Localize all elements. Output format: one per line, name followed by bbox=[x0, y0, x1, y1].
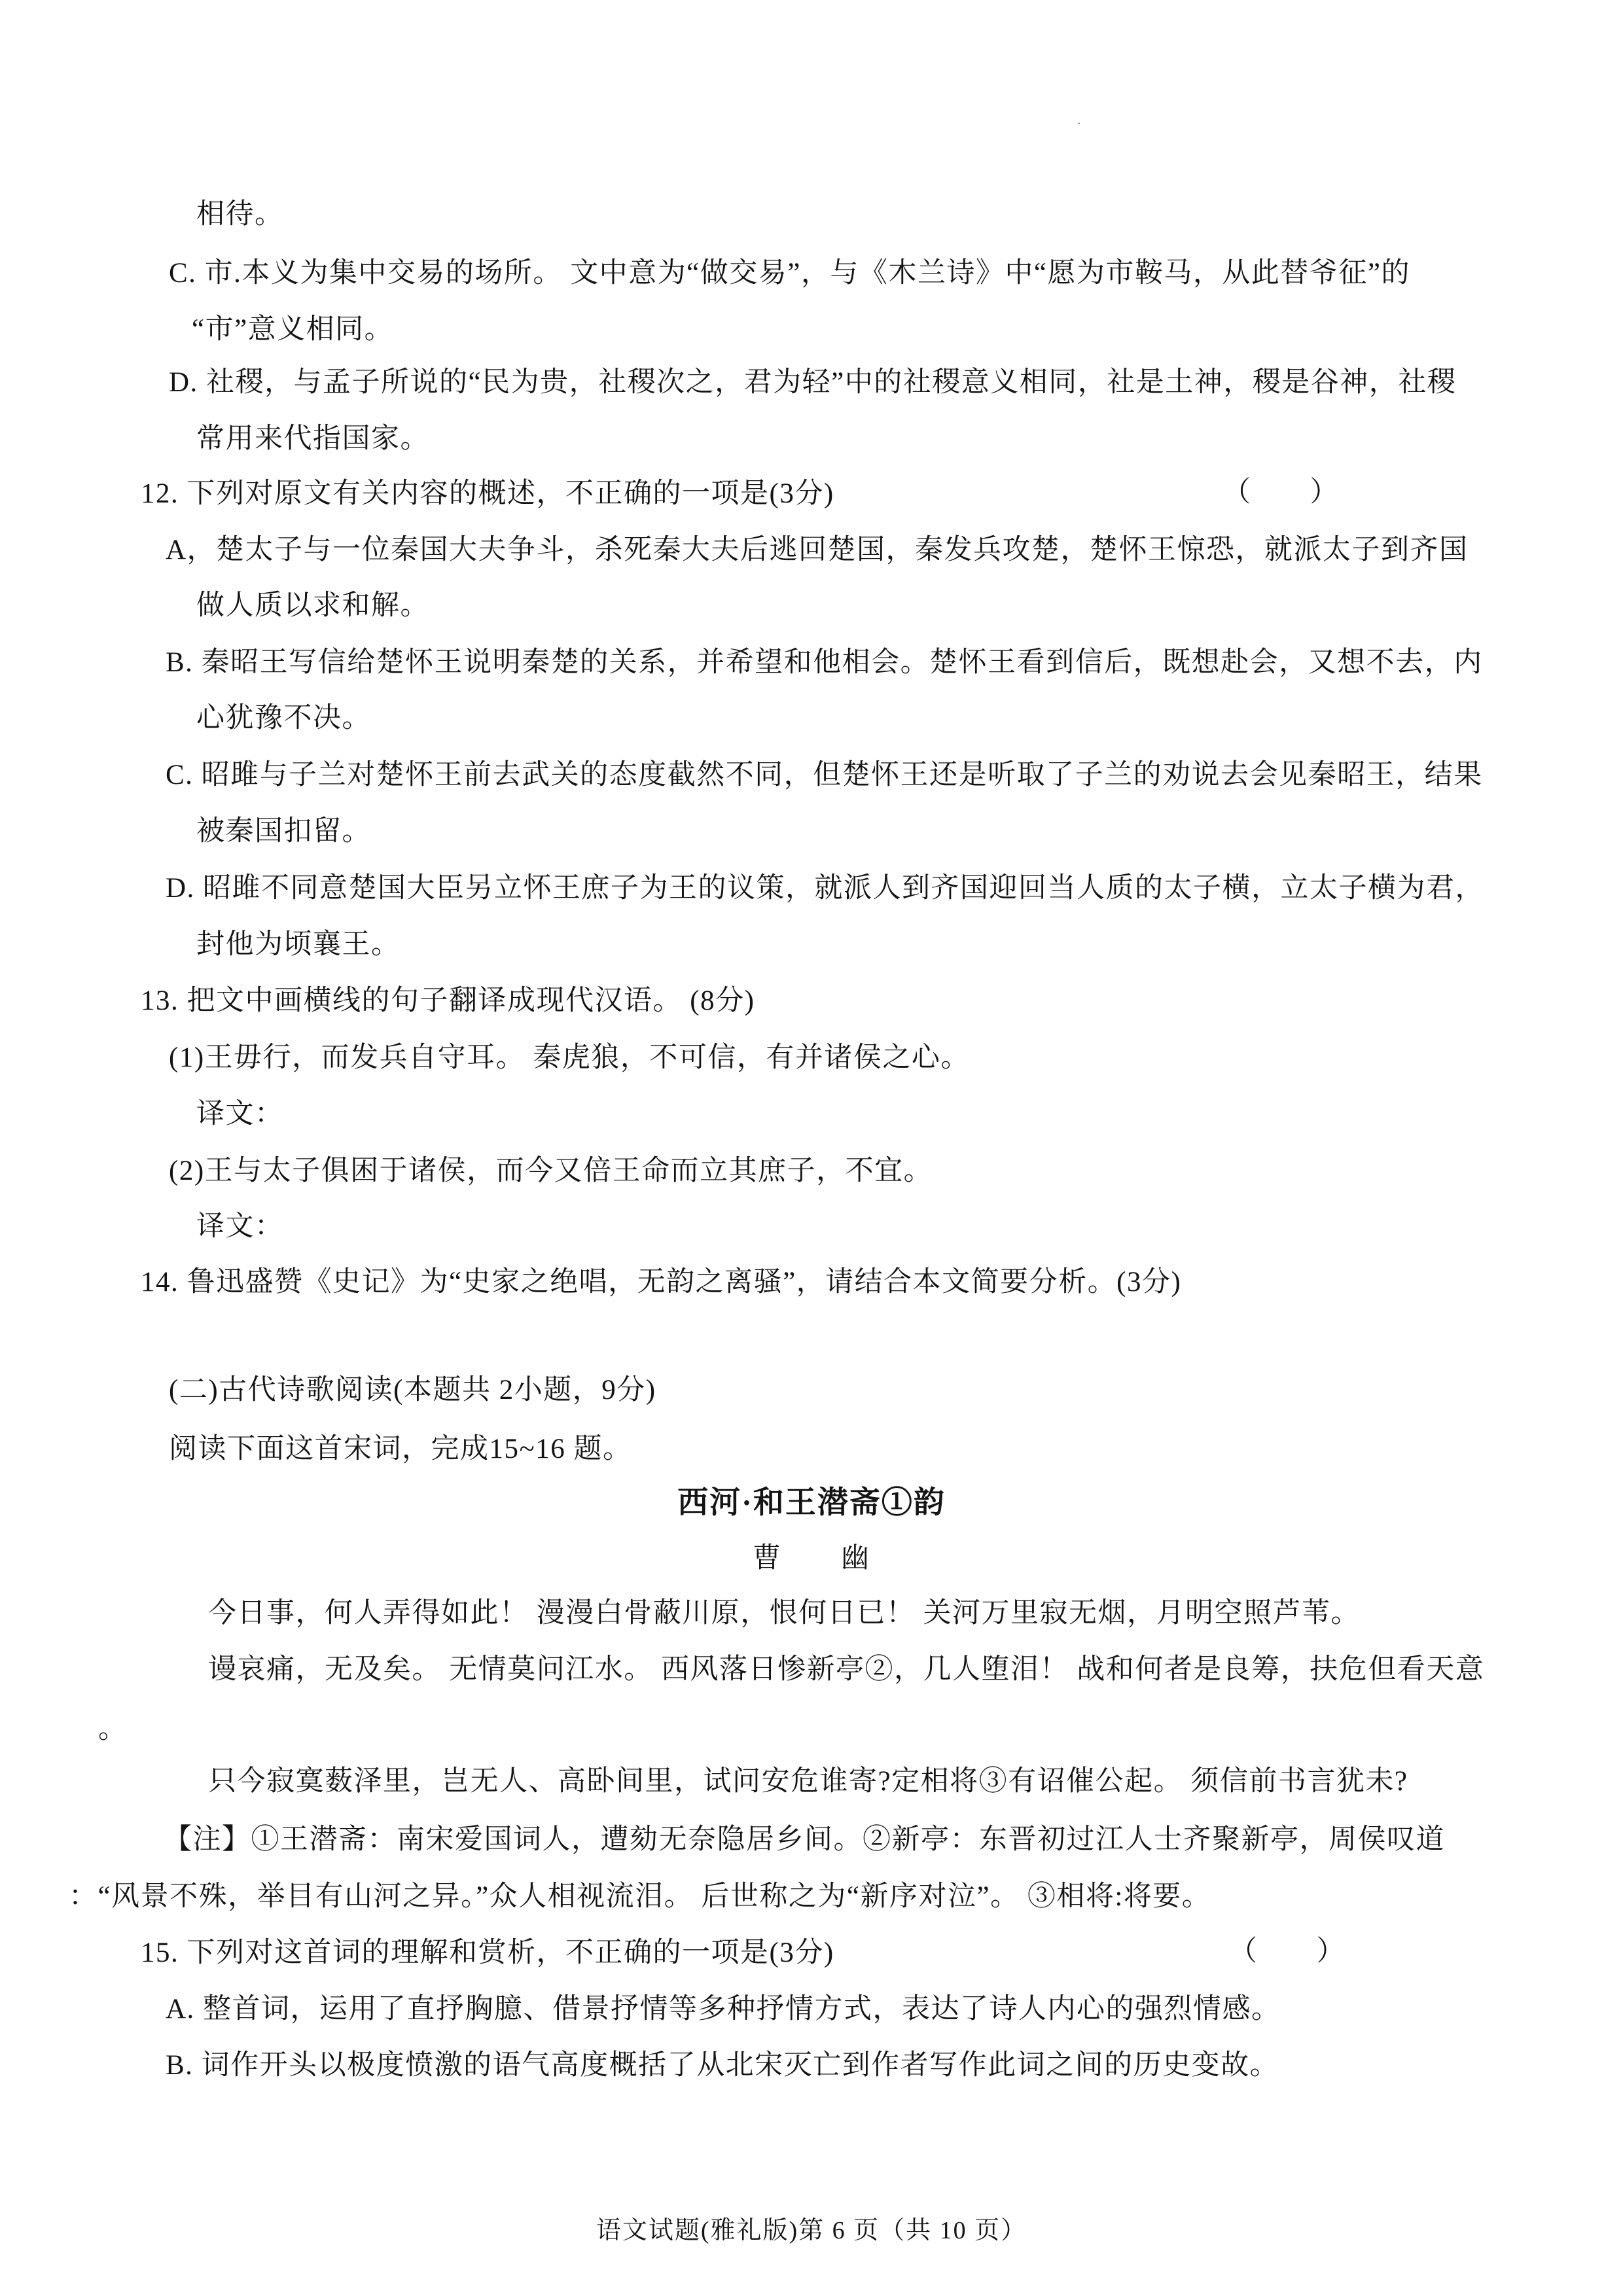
poem-note-line1: 【注】①王潜斋：南宋爱国词人，遭劾无奈隐居乡间。②新亭：东晋初过江人士齐聚新亭，… bbox=[164, 1824, 1445, 1856]
poem-author: 曹 幽 bbox=[0, 1542, 1623, 1574]
poem-stanza-line2: 谩哀痛，无及矣。 无情莫问江水。 西风落日惨新亭②，几人堕泪！ 战和何者是良筹，… bbox=[208, 1653, 1484, 1686]
poetry-section-heading: (二)古代诗歌阅读(本题共 2小题，9分) bbox=[169, 1374, 656, 1406]
question12-option-a-line1: A，楚太子与一位秦国大夫争斗，杀死秦大夫后逃回楚国，秦发兵攻楚，楚怀王惊恐，就派… bbox=[166, 534, 1469, 566]
poem-note-line2: ：“风景不殊，举目有山河之异。”众人相视流泪。 后世称之为“新序对泣”。 ③相将… bbox=[69, 1881, 1211, 1913]
question13-translation-label1: 译文： bbox=[196, 1098, 284, 1130]
exam-page: · 相待。 C. 市.本义为集中交易的场所。 文中意为“做交易”，与《木兰诗》中… bbox=[0, 0, 1623, 2296]
poem-stanza-line1: 今日事，何人弄得如此！ 漫漫白骨蔽川原，恨何日已！ 关河万里寂无烟，月明空照芦苇… bbox=[208, 1597, 1360, 1629]
question12-answer-blank: （ ） bbox=[1222, 476, 1339, 508]
question12-option-b-line1: B. 秦昭王写信给楚怀王说明秦楚的关系，并希望和他相会。楚怀王看到信后，既想赴会… bbox=[166, 646, 1483, 679]
question12-option-d-line1: D. 昭雎不同意楚国大臣另立怀王庶子为王的议策，就派人到齐国迎回当人质的太子横，… bbox=[166, 872, 1484, 904]
question12-option-a-line2: 做人质以求和解。 bbox=[196, 590, 429, 622]
question12-option-c-line2: 被秦国扣留。 bbox=[196, 815, 371, 847]
stray-ink-dot: · bbox=[1077, 115, 1081, 132]
poem-title: 西河·和王潜斋①韵 bbox=[0, 1485, 1623, 1521]
prev-option-d-line1: D. 社稷，与孟子所说的“民为贵，社稷次之，君为轻”中的社稷意义相同，社是土神，… bbox=[169, 366, 1456, 398]
prev-option-c-line2: “市”意义相同。 bbox=[192, 313, 393, 345]
question12-option-b-line2: 心犹豫不决。 bbox=[196, 702, 371, 734]
question13-sentence1: (1)王毋行，而发兵自守耳。 秦虎狼，不可信，有并诸侯之心。 bbox=[169, 1042, 970, 1074]
question12-option-d-line2: 封他为顷襄王。 bbox=[196, 928, 401, 961]
page-footer: 语文试题(雅礼版)第 6 页（共 10 页） bbox=[0, 2217, 1623, 2246]
question13-sentence2: (2)王与太子俱困于诸侯，而今又倍王命而立其庶子，不宜。 bbox=[169, 1155, 933, 1187]
poem-stanza-line2-tail: 。 bbox=[98, 1713, 128, 1745]
prev-option-c-line1: C. 市.本义为集中交易的场所。 文中意为“做交易”，与《木兰诗》中“愿为市鞍马… bbox=[169, 257, 1410, 289]
question15-stem: 15. 下列对这首词的理解和赏析，不正确的一项是(3分) bbox=[141, 1937, 834, 1969]
question15-option-a: A. 整首词，运用了直抒胸臆、借景抒情等多种抒情方式，表达了诗人内心的强烈情感。 bbox=[166, 1993, 1281, 2025]
poem-stanza-line3: 只今寂寞薮泽里，岂无人、高卧间里，试问安危谁寄?定相将③有诏催公起。 须信前书言… bbox=[208, 1765, 1408, 1797]
question15-option-b: B. 词作开头以极度愤激的语气高度概括了从北宋灭亡到作者写作此词之间的历史变故。 bbox=[166, 2049, 1279, 2081]
prev-option-d-line2: 常用来代指国家。 bbox=[196, 423, 429, 455]
question13-translation-label2: 译文： bbox=[196, 1210, 284, 1243]
question12-stem: 12. 下列对原文有关内容的概述，不正确的一项是(3分) bbox=[141, 478, 834, 510]
question15-answer-blank: （ ） bbox=[1229, 1935, 1346, 1968]
prev-question-carryover: 相待。 bbox=[196, 198, 284, 230]
question12-option-c-line1: C. 昭雎与子兰对楚怀王前去武关的态度截然不同，但楚怀王还是听取了子兰的劝说去会… bbox=[166, 759, 1483, 791]
question14-stem: 14. 鲁迅盛赞《史记》为“史家之绝唱，无韵之离骚”，请结合本文简要分析。(3分… bbox=[141, 1266, 1181, 1298]
poetry-section-intro: 阅读下面这首宋词，完成15~16 题。 bbox=[169, 1433, 632, 1465]
question13-stem: 13. 把文中画横线的句子翻译成现代汉语。 (8分) bbox=[141, 985, 755, 1017]
